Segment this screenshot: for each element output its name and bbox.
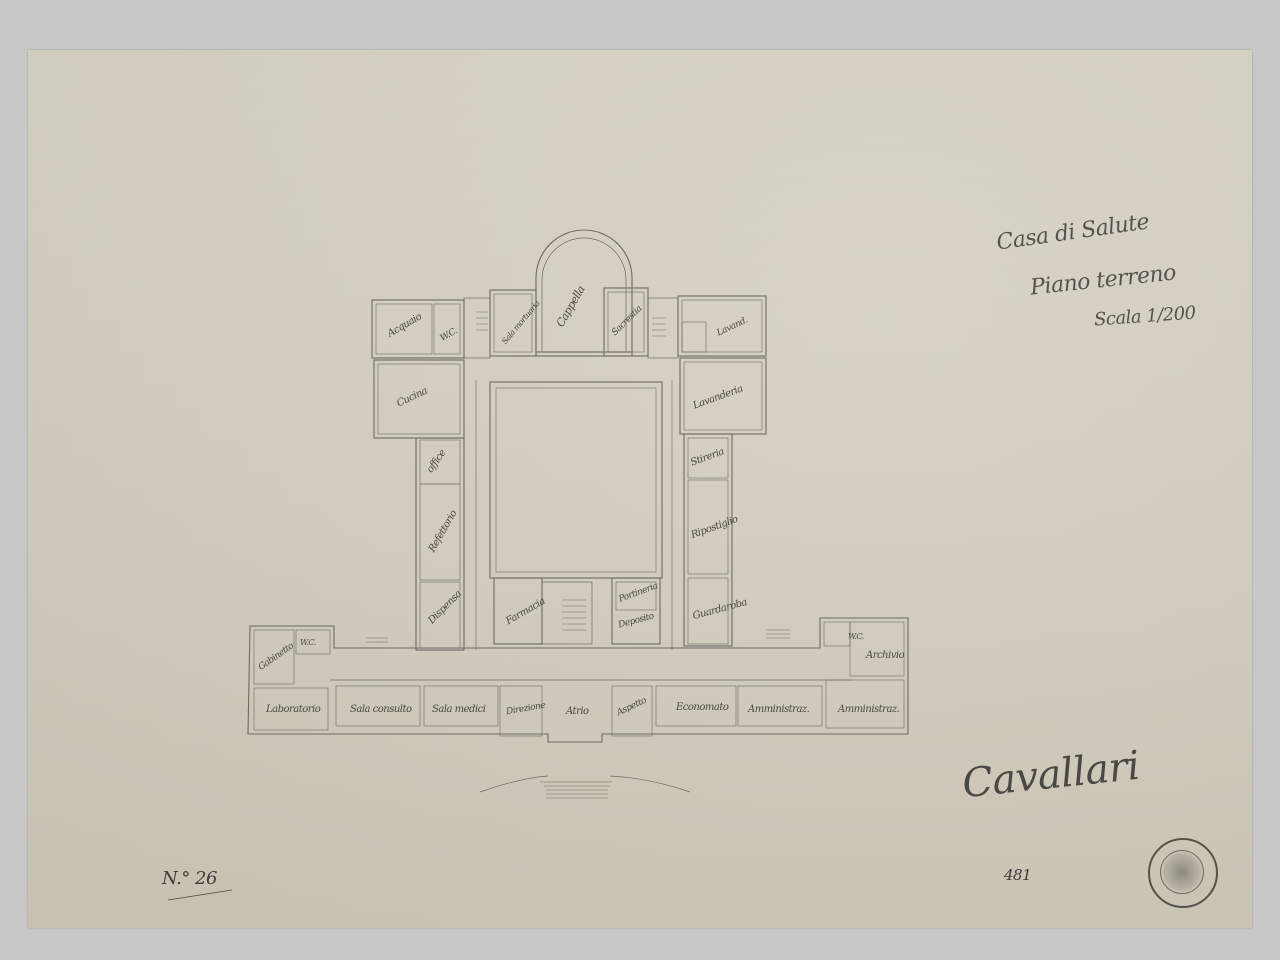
room-label-economato: Economato — [676, 702, 728, 713]
floor-plan-drawing — [0, 0, 1280, 960]
room-label-laboratorio: Laboratorio — [266, 704, 320, 715]
room-label-amministrazione-2: Amministraz. — [838, 704, 899, 715]
room-label-wc-sw: W.C. — [300, 638, 316, 647]
room-label-atrio: Atrio — [566, 706, 589, 717]
room-label-sala-medici: Sala medici — [432, 704, 485, 715]
inventory-number: N.° 26 — [162, 868, 217, 889]
room-label-wc-se: W.C. — [848, 632, 864, 641]
academy-stamp-icon — [1148, 838, 1218, 908]
room-label-sala-consulto: Sala consulto — [350, 704, 412, 715]
room-label-amministrazione-1: Amministraz. — [748, 704, 809, 715]
sheet-number: 481 — [1004, 866, 1031, 884]
room-label-archivio: Archivio — [866, 650, 904, 661]
coat-of-arms-icon — [1160, 850, 1204, 894]
